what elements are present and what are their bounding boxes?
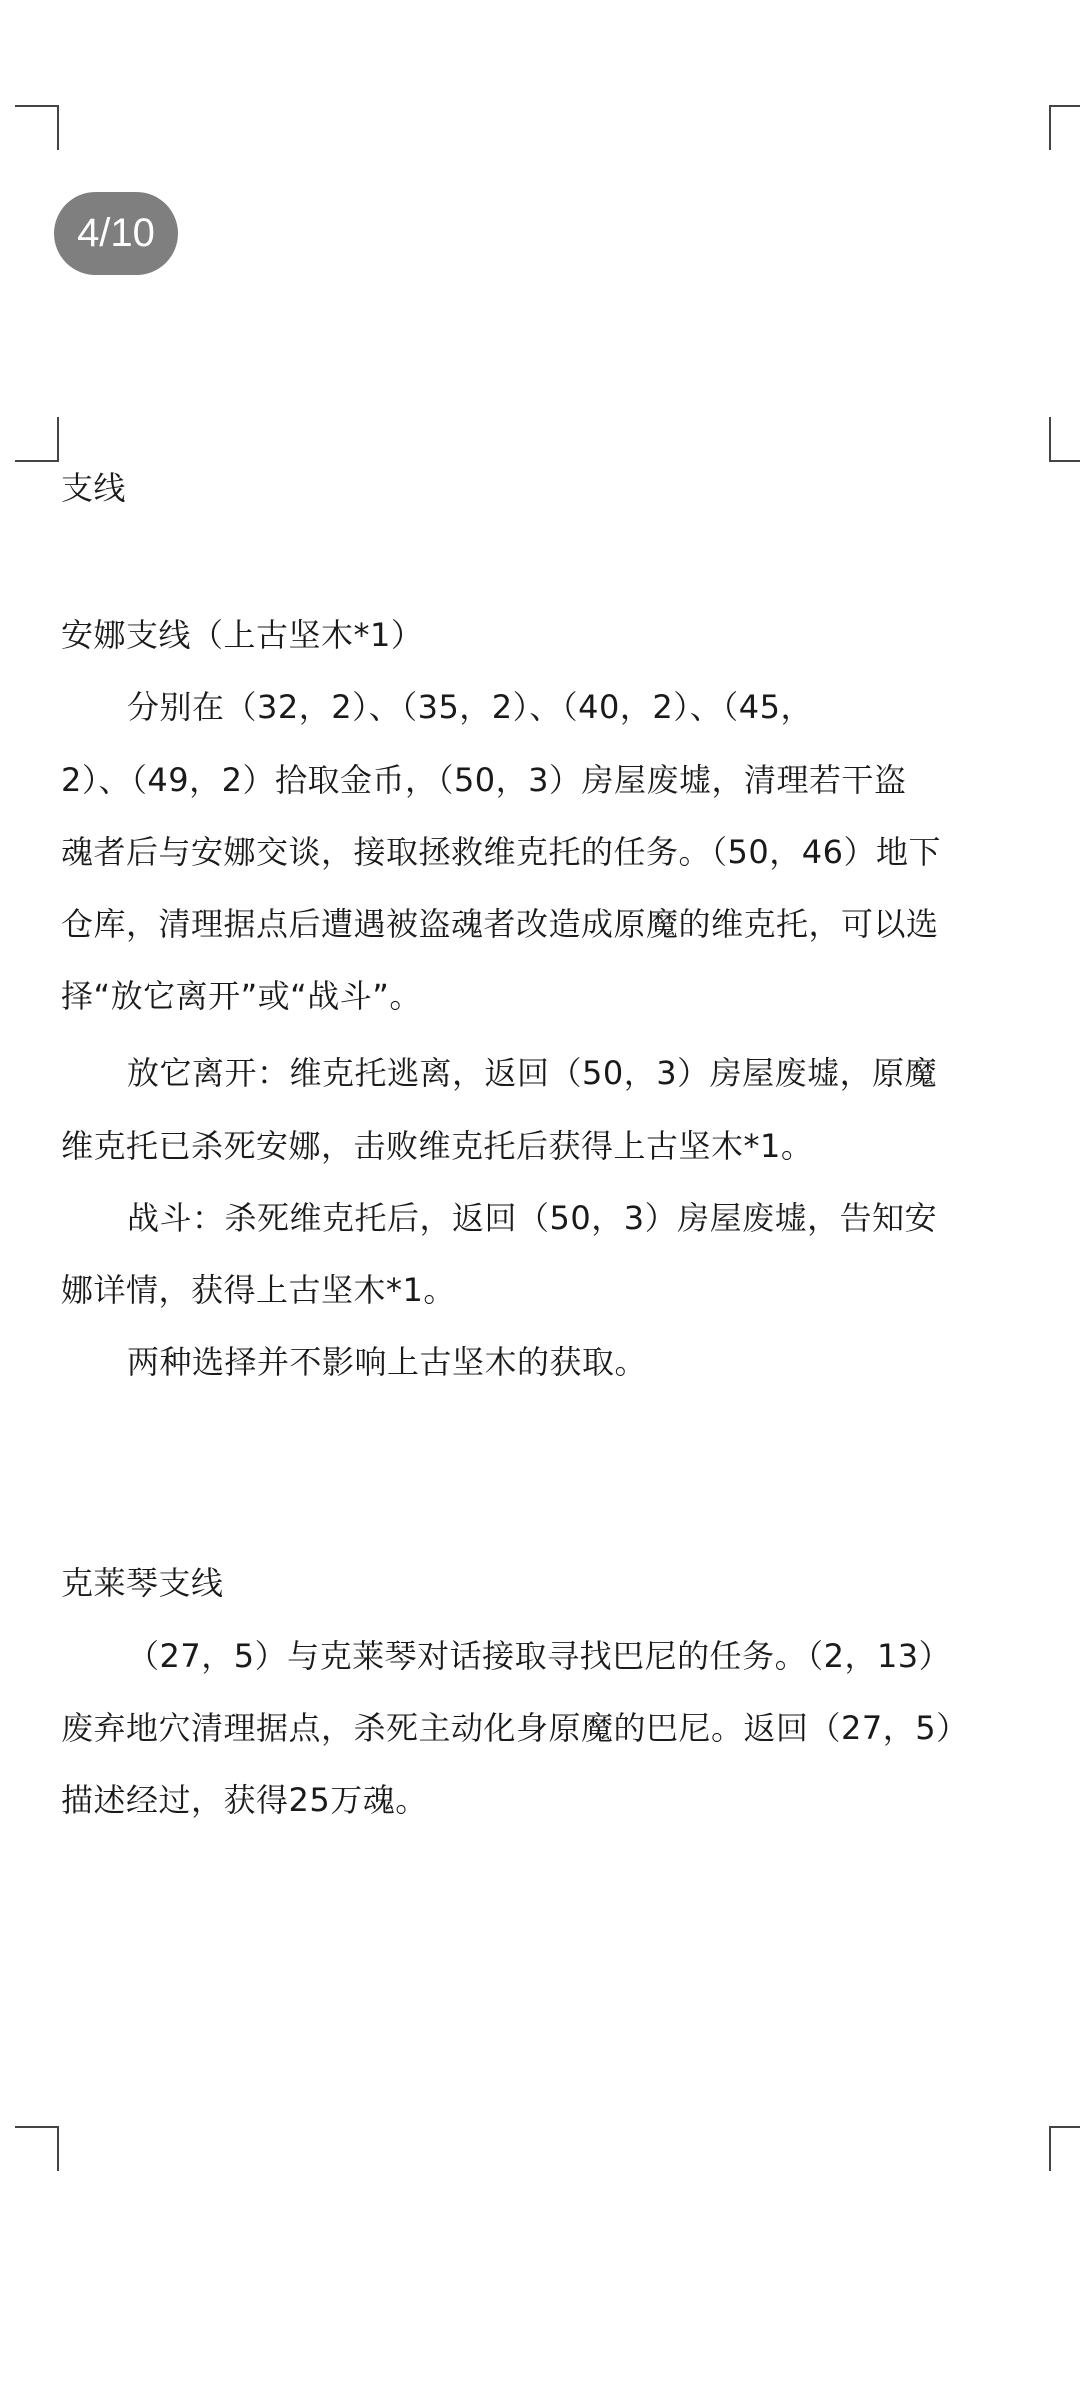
claire-sideline-title: 克莱琴支线 xyxy=(61,1563,224,1603)
crop-mark-bottom-left xyxy=(15,2126,59,2171)
paragraph-line: 战斗：杀死维克托后，返回（50，3）房屋废墟，告知安 xyxy=(127,1198,937,1238)
paragraph-line: 娜详情，获得上古坚木*1。 xyxy=(61,1270,456,1310)
paragraph-line: 两种选择并不影响上古坚木的获取。 xyxy=(127,1342,647,1382)
paragraph-line: 废弃地穴清理据点，杀死主动化身原魔的巴尼。返回（27，5） xyxy=(61,1708,969,1748)
paragraph-line: 2）、（49，2）拾取金币，（50，3）房屋废墟，清理若干盗 xyxy=(61,760,907,800)
crop-mark-bottom-right xyxy=(1049,2126,1080,2171)
crop-mark-top-right xyxy=(1049,105,1080,150)
paragraph-line: 放它离开：维克托逃离，返回（50，3）房屋废墟，原魔 xyxy=(127,1053,937,1093)
paragraph-line: （27，5）与克莱琴对话接取寻找巴尼的任务。（2，13） xyxy=(127,1636,951,1676)
paragraph-line: 仓库，清理据点后遭遇被盗魂者改造成原魔的维克托，可以选 xyxy=(61,904,939,944)
crop-mark-top-left-lower xyxy=(15,417,59,462)
crop-mark-top-right-lower xyxy=(1049,417,1080,462)
paragraph-line: 择“放它离开”或“战斗”。 xyxy=(61,976,422,1016)
anna-sideline-title: 安娜支线（上古坚木*1） xyxy=(61,615,423,655)
crop-mark-top-left xyxy=(15,105,59,150)
section-title: 支线 xyxy=(61,468,126,508)
paragraph-line: 魂者后与安娜交谈，接取拯救维克托的任务。（50，46）地下 xyxy=(61,832,941,872)
paragraph-line: 维克托已杀死安娜，击败维克托后获得上古坚木*1。 xyxy=(61,1126,813,1166)
paragraph-line: 分别在（32，2）、（35，2）、（40，2）、（45， xyxy=(127,687,813,727)
paragraph-line: 描述经过，获得25万魂。 xyxy=(61,1780,428,1820)
page-indicator-badge: 4/10 xyxy=(54,192,178,275)
